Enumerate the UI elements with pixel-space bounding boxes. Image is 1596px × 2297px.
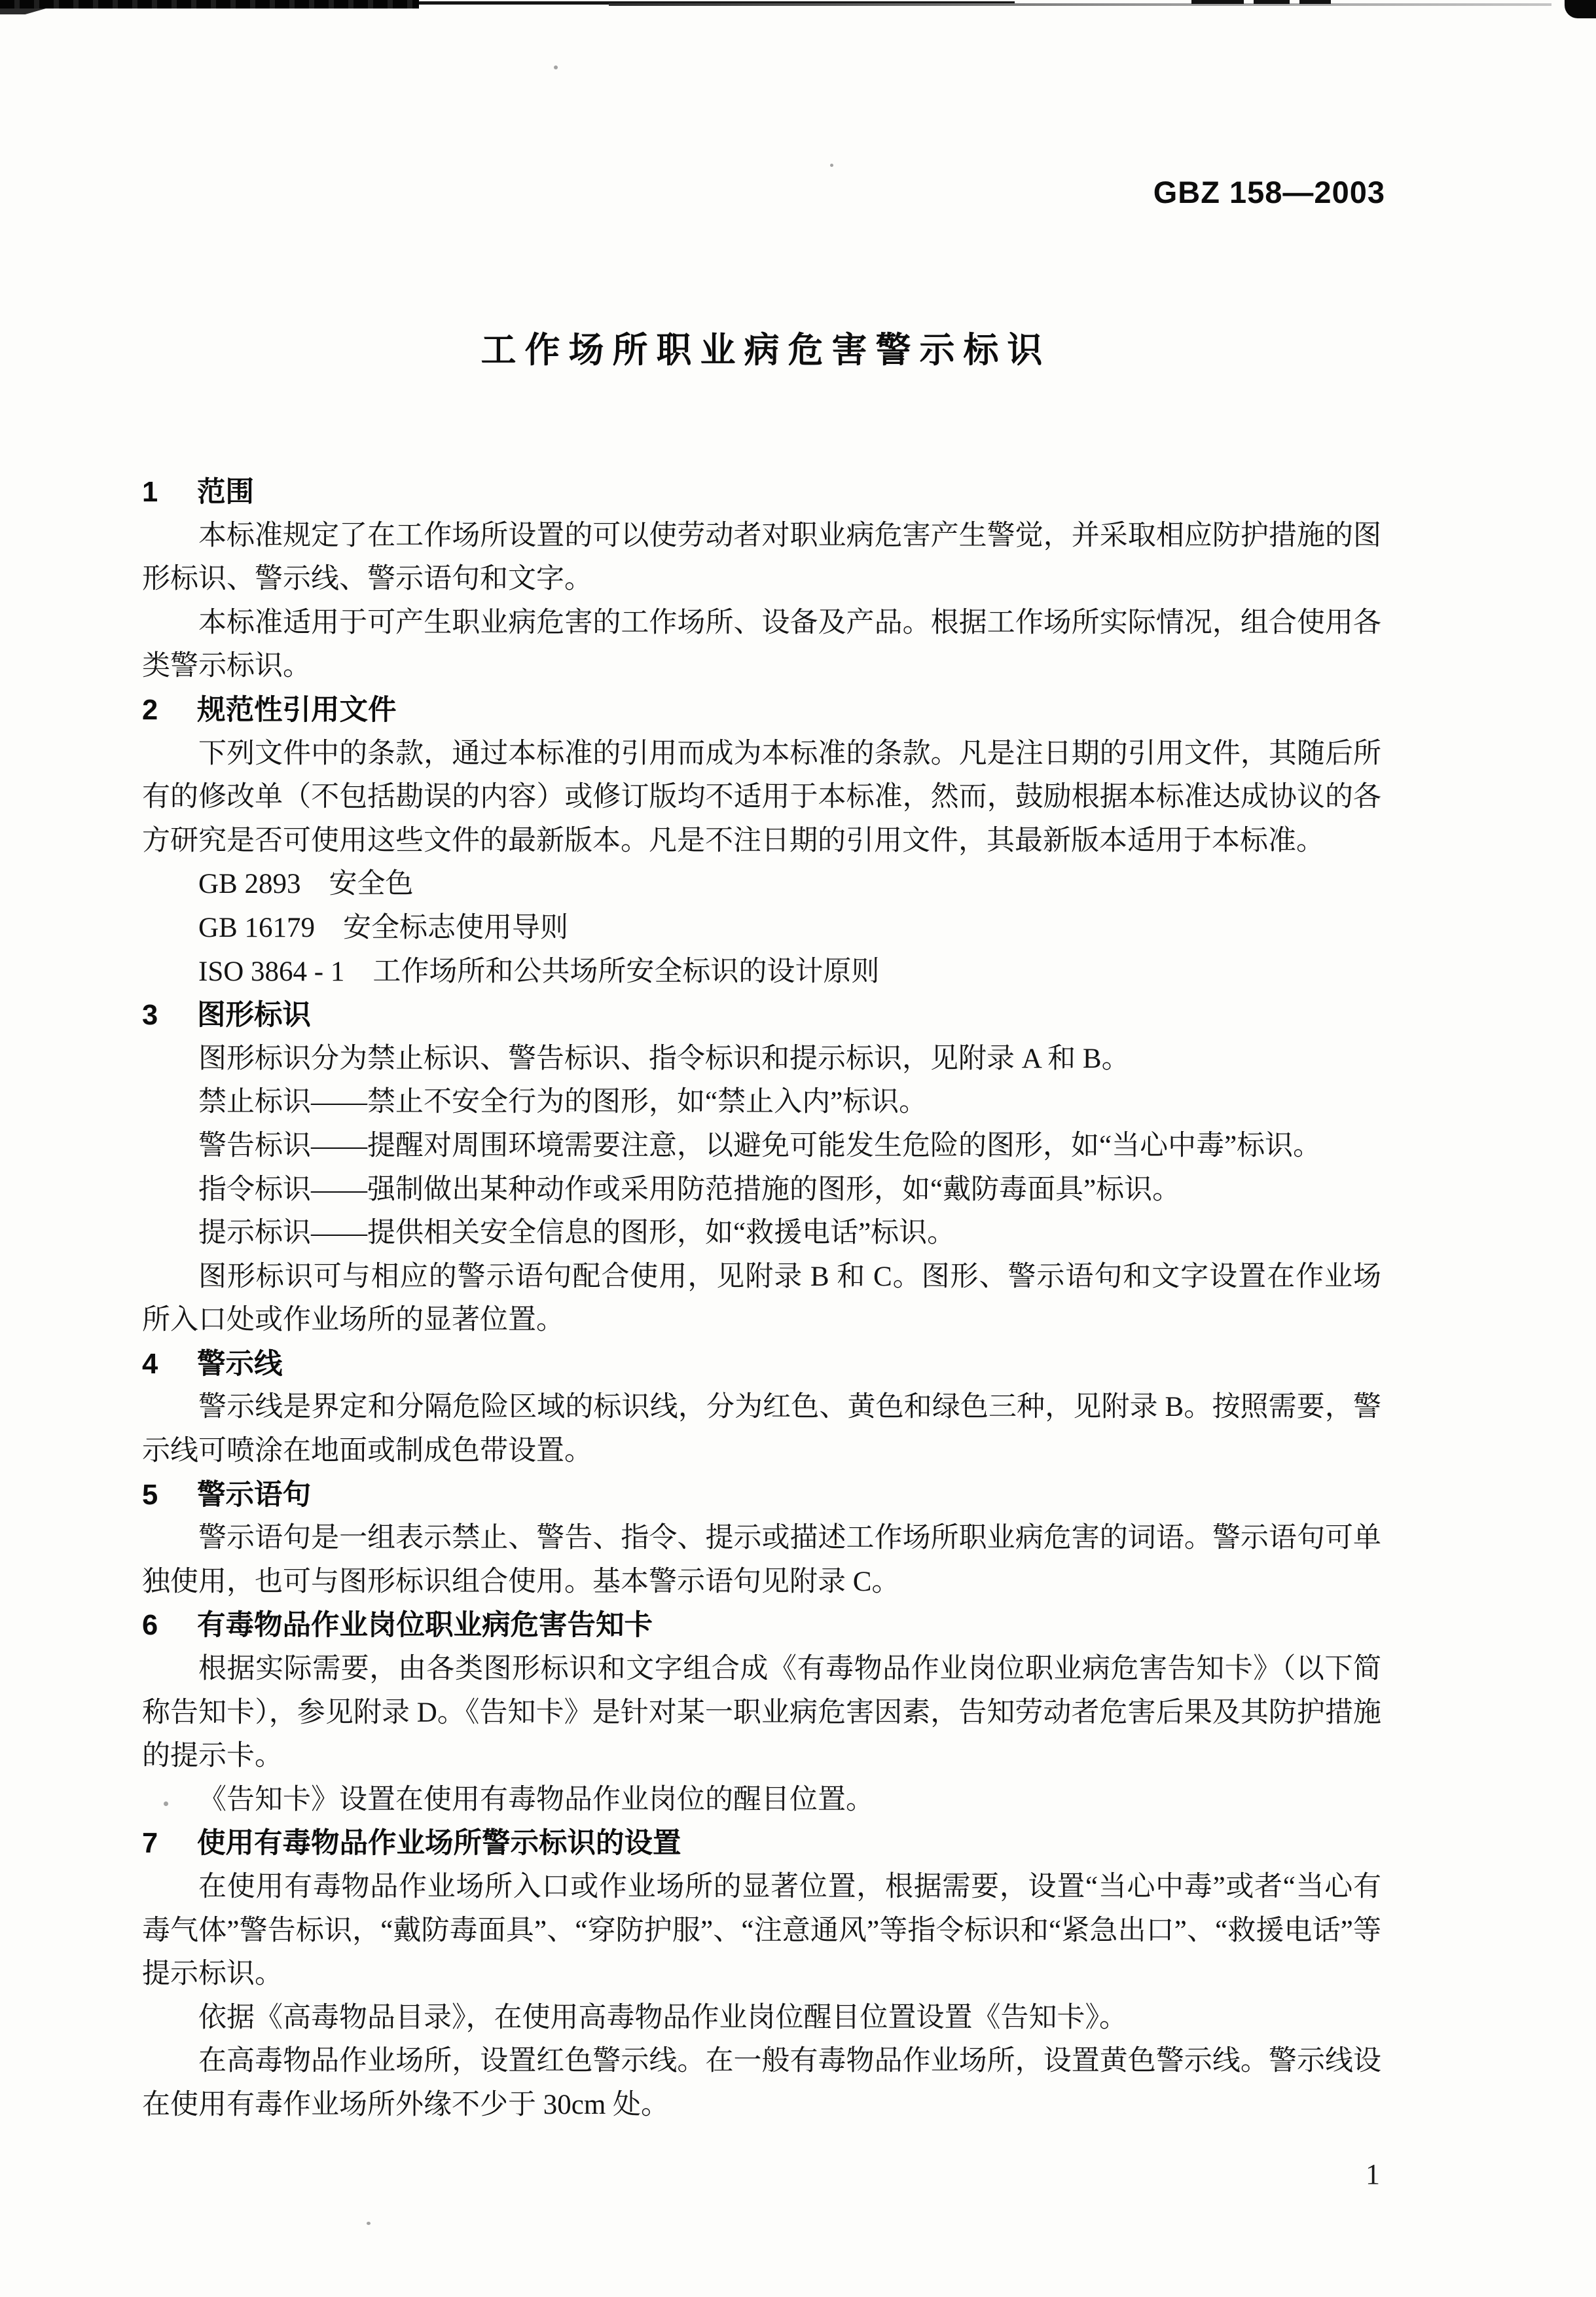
- section-heading-3: 3图形标识: [142, 994, 1381, 1038]
- section-heading-6: 6有毒物品作业岗位职业病危害告知卡: [142, 1604, 1381, 1648]
- document-body: 1范围 本标准规定了在工作场所设置的可以使劳动者对职业病危害产生警觉，并采取相应…: [142, 471, 1381, 2127]
- paragraph: 在使用有毒物品作业场所入口或作业场所的显著位置，根据需要，设置“当心中毒”或者“…: [142, 1866, 1381, 1997]
- section-heading-1: 1范围: [142, 471, 1381, 515]
- scan-speck: [554, 65, 558, 69]
- paragraph: 下列文件中的条款，通过本标准的引用而成为本标准的条款。凡是注日期的引用文件，其随…: [142, 733, 1381, 863]
- section-title: 警示语句: [197, 1479, 311, 1511]
- section-heading-2: 2规范性引用文件: [142, 689, 1381, 733]
- paragraph: 图形标识可与相应的警示语句配合使用，见附录 B 和 C。图形、警示语句和文字设置…: [142, 1256, 1381, 1343]
- standard-number: GBZ 158—2003: [1153, 174, 1385, 210]
- section-number: 1: [142, 471, 197, 515]
- reference-item: GB 16179 安全标志使用导则: [142, 907, 1381, 950]
- paragraph: 提示标识——提供相关安全信息的图形，如“救援电话”标识。: [142, 1212, 1381, 1256]
- paragraph: 警告标识——提醒对周围环境需要注意，以避免可能发生危险的图形，如“当心中毒”标识…: [142, 1125, 1381, 1168]
- paragraph: 本标准规定了在工作场所设置的可以使劳动者对职业病危害产生警觉，并采取相应防护措施…: [142, 515, 1381, 602]
- section-heading-4: 4警示线: [142, 1343, 1381, 1386]
- document-title: 工作场所职业病危害警示标识: [142, 322, 1381, 372]
- paragraph: 图形标识分为禁止标识、警告标识、指令标识和提示标识，见附录 A 和 B。: [142, 1038, 1381, 1081]
- section-number: 4: [142, 1343, 197, 1386]
- section-title: 使用有毒物品作业场所警示标识的设置: [197, 1828, 681, 1859]
- scan-speck: [830, 164, 833, 167]
- section-number: 2: [142, 689, 197, 733]
- paragraph: 在高毒物品作业场所，设置红色警示线。在一般有毒物品作业场所，设置黄色警示线。警示…: [142, 2040, 1381, 2127]
- paragraph: 依据《高毒物品目录》，在使用高毒物品作业岗位醒目位置设置《告知卡》。: [142, 1997, 1381, 2040]
- scan-mark: [609, 3, 1551, 6]
- section-title: 图形标识: [197, 1000, 311, 1031]
- section-title: 有毒物品作业岗位职业病危害告知卡: [197, 1610, 653, 1641]
- section-title: 警示线: [197, 1348, 283, 1380]
- section-number: 5: [142, 1474, 197, 1517]
- section-heading-5: 5警示语句: [142, 1474, 1381, 1517]
- document-page: GBZ 158—2003 工作场所职业病危害警示标识 1范围 本标准规定了在工作…: [0, 0, 1596, 2297]
- reference-item: ISO 3864 - 1 工作场所和公共场所安全标识的设计原则: [142, 950, 1381, 994]
- paragraph: 警示线是界定和分隔危险区域的标识线，分为红色、黄色和绿色三种，见附录 B。按照需…: [142, 1386, 1381, 1473]
- scan-mark: [0, 9, 46, 14]
- scan-speck: [367, 2222, 371, 2225]
- paragraph: 警示语句是一组表示禁止、警告、指令、提示或描述工作场所职业病危害的词语。警示语句…: [142, 1517, 1381, 1604]
- section-heading-7: 7使用有毒物品作业场所警示标识的设置: [142, 1822, 1381, 1866]
- section-title: 规范性引用文件: [197, 695, 397, 726]
- paragraph: 本标准适用于可产生职业病危害的工作场所、设备及产品。根据工作场所实际情况，组合使…: [142, 602, 1381, 689]
- section-number: 3: [142, 994, 197, 1038]
- section-number: 6: [142, 1604, 197, 1648]
- scan-mark: [1565, 0, 1596, 18]
- scan-mark: [0, 0, 419, 9]
- scan-mark: [1254, 0, 1290, 4]
- section-number: 7: [142, 1822, 197, 1866]
- section-title: 范围: [197, 477, 254, 508]
- paragraph: 指令标识——强制做出某种动作或采用防范措施的图形，如“戴防毒面具”标识。: [142, 1168, 1381, 1212]
- paragraph: 《告知卡》设置在使用有毒物品作业岗位的醒目位置。: [142, 1779, 1381, 1822]
- paragraph: 根据实际需要，由各类图形标识和文字组合成《有毒物品作业岗位职业病危害告知卡》（以…: [142, 1648, 1381, 1779]
- scan-mark: [1191, 0, 1244, 4]
- reference-item: GB 2893 安全色: [142, 863, 1381, 907]
- page-number: 1: [1366, 2158, 1380, 2191]
- paragraph: 禁止标识——禁止不安全行为的图形，如“禁止入内”标识。: [142, 1081, 1381, 1125]
- scan-mark: [1299, 0, 1331, 4]
